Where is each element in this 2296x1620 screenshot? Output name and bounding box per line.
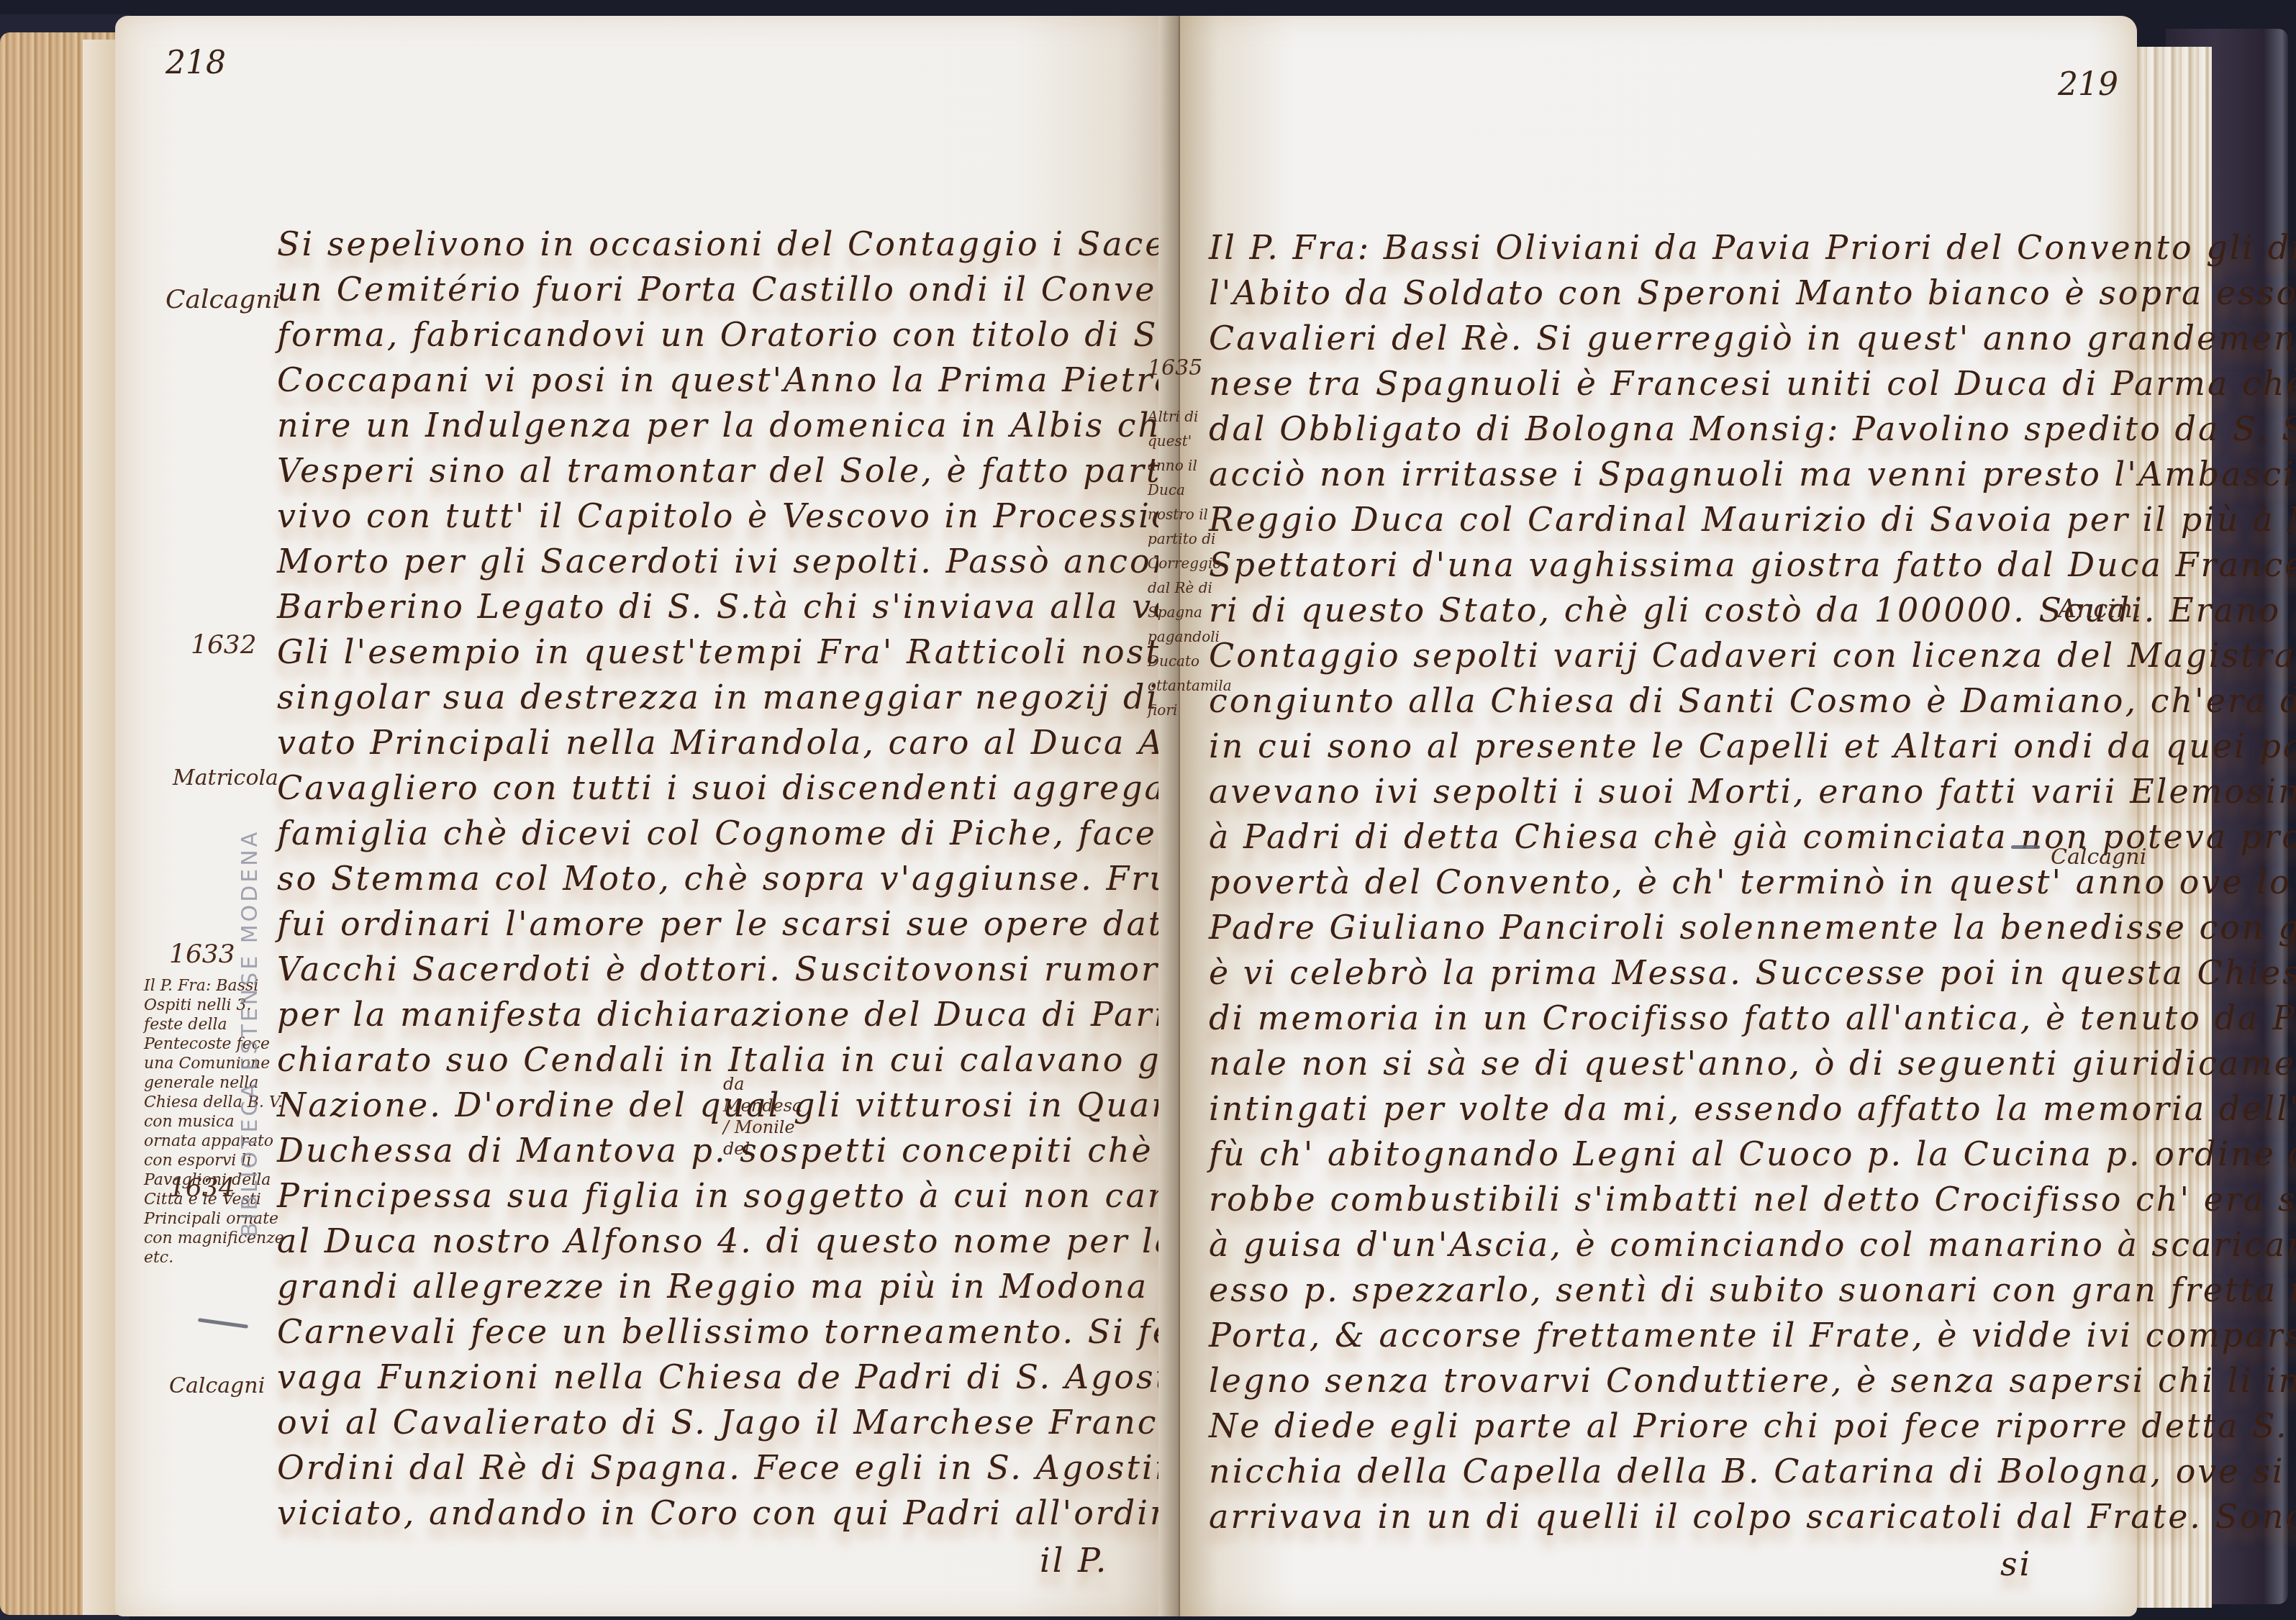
text-line: Spettatori d'una vaghissima giostra fatt… xyxy=(1209,545,2296,584)
library-stamp: BIBLIOTECA ESTENSE MODENA xyxy=(237,829,263,1237)
left-page-edges xyxy=(0,32,126,1615)
text-line: legno senza trovarvi Conduttiere, è senz… xyxy=(1209,1361,2296,1400)
margin-note-calcagni: Calcagni xyxy=(169,1375,265,1397)
text-line: Reggio Duca col Cardinal Maurizio di Sav… xyxy=(1209,500,2296,539)
text-line: Porta, & accorse frettamente il Frate, è… xyxy=(1209,1316,2296,1355)
text-line: Il P. Fra: Bassi Oliviani da Pavia Prior… xyxy=(1209,228,2296,267)
text-line: l'Abito da Soldato con Speroni Manto bia… xyxy=(1209,273,2296,312)
margin-note-year: 1632 xyxy=(191,634,257,656)
text-line: Cavalieri del Rè. Si guerreggiò in quest… xyxy=(1209,319,2296,358)
catchword: si xyxy=(2000,1544,2032,1583)
text-line: à guisa d'un'Ascia, è cominciando col ma… xyxy=(1209,1225,2296,1264)
text-line: Padre Giuliano Panciroli solennemente la… xyxy=(1209,908,2296,947)
margin-note-matricola: Matricola xyxy=(173,768,278,789)
text-line: è vi celebrò la prima Messa. Successe po… xyxy=(1209,953,2296,992)
margin-note-calcagni: Calcagni xyxy=(2051,847,2146,868)
margin-note-block: Altri di quest' anno il Duca nostro il p… xyxy=(1148,404,1227,722)
text-line: di memoria in un Crocifisso fatto all'an… xyxy=(1209,998,2296,1037)
text-line: Ne diede egli parte al Priore chi poi fe… xyxy=(1209,1406,2296,1445)
pencil-mark xyxy=(2011,845,2040,849)
margin-note-year: 1635 xyxy=(1148,358,1202,379)
margin-note-year: 1634 xyxy=(169,1178,235,1199)
text-line: esso p. spezzarlo, sentì di subito suona… xyxy=(1209,1270,2296,1309)
text-line: avevano ivi sepolti i suoi Morti, erano … xyxy=(1209,772,2296,811)
text-line: dal Obbligato di Bologna Monsig: Pavolin… xyxy=(1209,409,2296,448)
right-page: 219 Il P. Fra: Bassi Oliviani da Pavia P… xyxy=(1180,16,2137,1616)
text-line: in cui sono al presente le Capelli et Al… xyxy=(1209,727,2296,765)
catchword: il P. xyxy=(1040,1541,1108,1580)
text-line: congiunto alla Chiesa di Santi Cosmo è D… xyxy=(1209,681,2296,720)
margin-note-ancini: Ancini xyxy=(2058,599,2141,620)
margin-note-block: Il P. Fra: Bassi Ospiti nelli 3. feste d… xyxy=(144,976,288,1268)
left-page: 218 Si sepelivono in occasioni del Conta… xyxy=(115,16,1173,1616)
margin-note-year: 1633 xyxy=(169,944,235,965)
text-line: acciò non irritasse i Spagnuoli ma venni… xyxy=(1209,455,2296,493)
text-line: nese tra Spagnuoli è Francesi uniti col … xyxy=(1209,364,2296,403)
text-line: nale non si sà se di quest'anno, ò di se… xyxy=(1209,1044,2296,1083)
text-line: robbe combustibili s'imbatti nel detto C… xyxy=(1209,1180,2296,1219)
right-page-number: 219 xyxy=(2058,66,2118,103)
left-page-number: 218 xyxy=(165,45,226,81)
text-line: intingati per volte da mi, essendo affat… xyxy=(1209,1089,2296,1128)
text-line: nicchia della Capella della B. Catarina … xyxy=(1209,1452,2296,1491)
text-line: Contaggio sepolti varij Cadaveri con lic… xyxy=(1209,636,2296,675)
pencil-mark xyxy=(198,1318,248,1329)
margin-note-calcagni: Calcagni xyxy=(165,289,281,311)
text-line: fù ch' abitognando Legni al Cuoco p. la … xyxy=(1209,1134,2296,1173)
text-line: arrivava in un di quelli il colpo scaric… xyxy=(1209,1497,2296,1536)
